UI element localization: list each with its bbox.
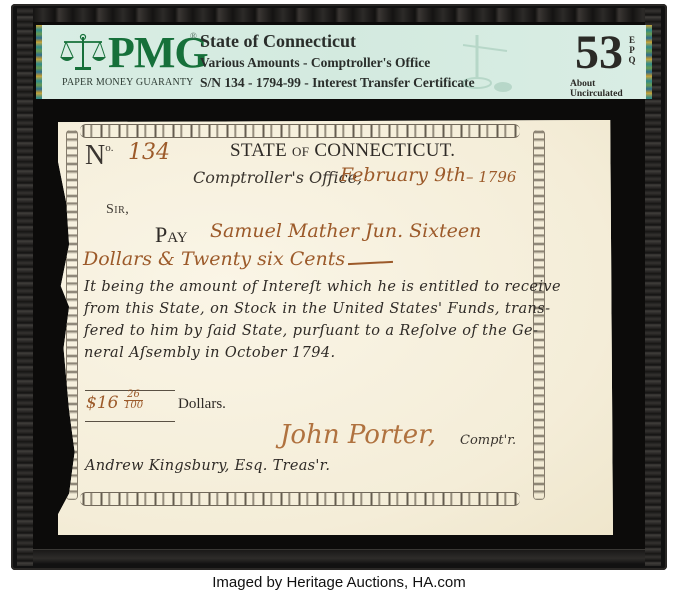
- comptroller-signature: John Porter,: [280, 420, 436, 450]
- body-line: It being the amount of Intereſt which he…: [84, 276, 532, 298]
- epq-letter: P: [627, 45, 637, 55]
- date-year: – 1796: [466, 168, 516, 186]
- handwritten-dash: [348, 261, 393, 265]
- signature-title: Compt'r.: [460, 433, 516, 448]
- ornamental-border-top: [80, 124, 520, 138]
- addressee-line: Andrew Kingsbury, Esq. Treas'r.: [85, 458, 330, 474]
- holder-bottom-edge: [33, 549, 645, 564]
- certificate-number: 134: [128, 140, 170, 165]
- note-serial-info: S/N 134 - 1794-99 - Interest Transfer Ce…: [200, 75, 475, 91]
- pmg-subtitle: PAPER MONEY GUARANTY: [62, 77, 194, 88]
- salutation: Sir,: [106, 202, 129, 218]
- amount-figure: $16: [86, 393, 118, 413]
- body-line: from this State, on Stock in the United …: [84, 298, 532, 320]
- office-line: Comptroller's Office,: [193, 168, 362, 187]
- document-heading: STATE OF CONNECTICUT.: [230, 140, 455, 162]
- ornamental-border-bottom: [80, 492, 520, 506]
- grade-description: About Uncirculated: [570, 79, 646, 99]
- epq-letter: Q: [627, 55, 637, 65]
- epq-letter: E: [627, 35, 637, 45]
- amount-fraction: 26 100: [124, 390, 143, 411]
- body-line: fered to him by ſaid State, purſuant to …: [84, 320, 532, 342]
- note-title: State of Connecticut: [200, 31, 356, 52]
- pmg-logo: PMG: [60, 33, 208, 73]
- note-description: Various Amounts - Comptroller's Office: [200, 55, 430, 71]
- scales-icon: [60, 33, 106, 73]
- epq-designation: E P Q: [627, 35, 637, 65]
- dollars-label: Dollars.: [178, 396, 226, 413]
- registered-mark: ®: [190, 31, 197, 41]
- amount-in-words: Dollars & Twenty six Cents: [83, 248, 345, 270]
- certificate-number-label: No.: [85, 140, 113, 172]
- grading-label: PMG ® PAPER MONEY GUARANTY State of Conn…: [36, 25, 652, 99]
- payee-handwritten: Samuel Mather Jun. Sixteen: [210, 220, 481, 242]
- grade-number: 53: [575, 27, 623, 79]
- handwritten-date: February 9th: [340, 164, 466, 186]
- certificate-document: No. 134 STATE OF CONNECTICUT. Comptrolle…: [58, 120, 613, 535]
- certificate-body-text: It being the amount of Intereſt which he…: [84, 276, 532, 364]
- holder-left-edge: [17, 8, 33, 566]
- pay-label: Pay: [155, 222, 188, 248]
- body-line: neral Aſsembly in October 1794.: [84, 342, 532, 364]
- image-credit: Imaged by Heritage Auctions, HA.com: [0, 574, 678, 591]
- scales-watermark-icon: [455, 29, 515, 95]
- holder-top-edge: [33, 8, 645, 22]
